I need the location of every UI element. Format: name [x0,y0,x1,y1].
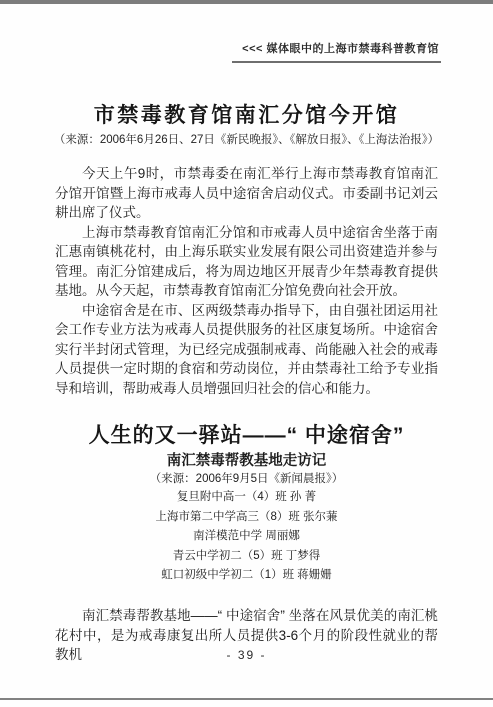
page-number: - 39 - [0,648,493,662]
article2-author-list: 复旦附中高一（4）班 孙 菁 上海市第二中学高三（8）班 张尔蒹 南洋模范中学 … [0,488,493,586]
article1-body: 今天上午9时，市禁毒委在南汇举行上海市禁毒教育馆南汇分馆开馆暨上海市戒毒人员中途… [55,164,438,398]
article1-paragraph: 中途宿舍是在市、区两级禁毒办指导下，由自强社团运用社会工作专业方法为戒毒人员提供… [55,301,438,399]
author-line: 复旦附中高一（4）班 孙 菁 [0,488,493,508]
article2-title: 人生的又一驿站——“ 中途宿舍” [0,419,493,449]
article1-title: 市禁毒教育馆南汇分馆今开馆 [0,99,493,129]
article2-subtitle: 南汇禁毒帮教基地走访记 [0,449,493,470]
article1-paragraph: 上海市禁毒教育馆南汇分馆和市戒毒人员中途宿舍坐落于南汇惠南镇桃花村，由上海乐联实… [55,223,438,301]
scan-top-edge [0,0,493,4]
article1-paragraph: 今天上午9时，市禁毒委在南汇举行上海市禁毒教育馆南汇分馆开馆暨上海市戒毒人员中途… [55,164,438,223]
running-header-text: <<< 媒体眼中的上海市禁毒科普教育馆 [232,43,441,63]
article1-source-line: （来源：2006年6月26日、27日《新民晚报》、《解放日报》、《上海法治报》） [0,131,493,147]
scan-bottom-edge [0,698,493,700]
article2-source-line: （来源：2006年9月5日《新闻晨报》） [0,470,493,486]
author-line: 青云中学初二（5）班 丁梦得 [0,547,493,567]
author-line: 上海市第二中学高三（8）班 张尔蒹 [0,508,493,528]
document-page: <<< 媒体眼中的上海市禁毒科普教育馆 市禁毒教育馆南汇分馆今开馆 （来源：20… [0,0,493,707]
running-header: <<< 媒体眼中的上海市禁毒科普教育馆 [232,39,441,63]
author-line: 虹口初级中学初二（1）班 蒋姗姗 [0,566,493,586]
author-line: 南洋模范中学 周丽娜 [0,527,493,547]
